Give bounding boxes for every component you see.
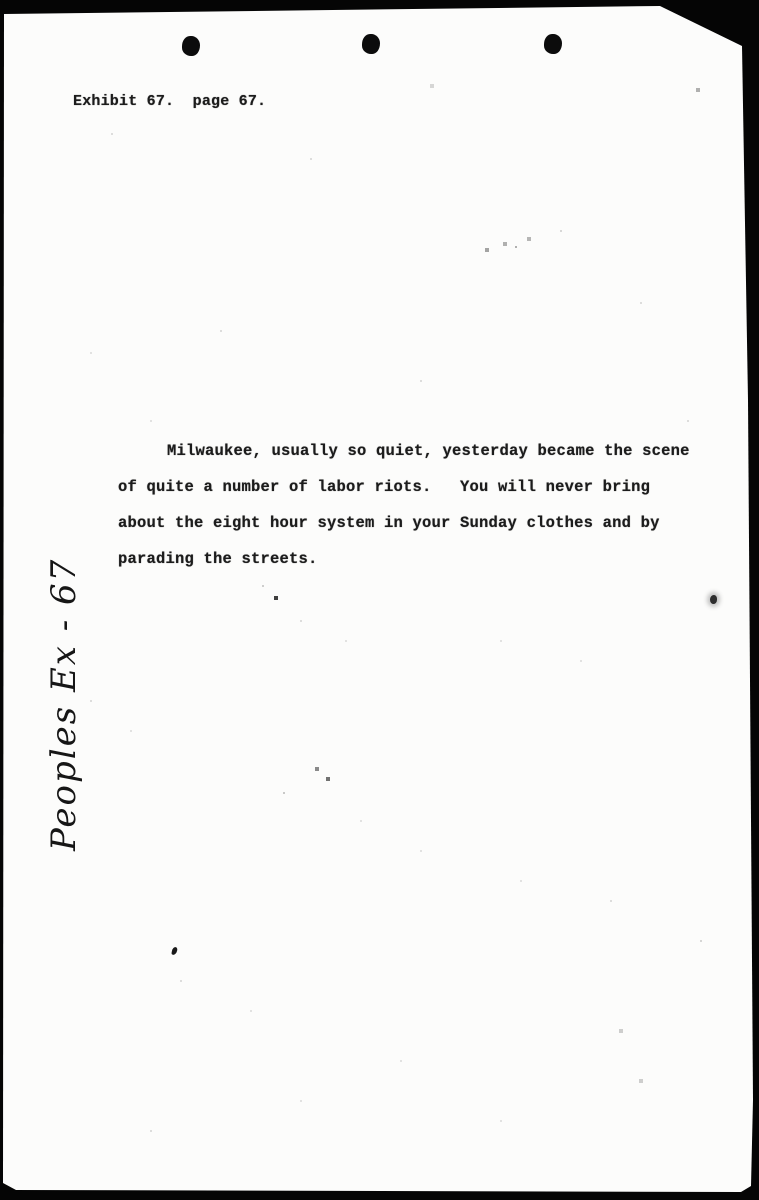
body-text-line: about the eight hour system in your Sund… — [118, 516, 660, 532]
scan-speckles — [0, 0, 2, 2]
paper-sheet: Exhibit 67. page 67. Milwaukee, usually … — [0, 0, 759, 1200]
body-text-line: parading the streets. — [118, 552, 318, 568]
punch-hole — [544, 34, 562, 54]
punch-hole — [182, 36, 200, 56]
exhibit-page-label: Exhibit 67. page 67. — [73, 94, 266, 109]
punch-hole — [362, 34, 380, 54]
body-text-line: Milwaukee, usually so quiet, yesterday b… — [167, 444, 690, 460]
stray-ink-mark — [171, 947, 178, 956]
handwritten-exhibit-annotation: Peoples Ex - 67 — [44, 558, 84, 851]
body-text-line: of quite a number of labor riots. You wi… — [118, 480, 650, 496]
scanned-document: Exhibit 67. page 67. Milwaukee, usually … — [0, 0, 759, 1200]
ink-smudge — [710, 595, 717, 604]
